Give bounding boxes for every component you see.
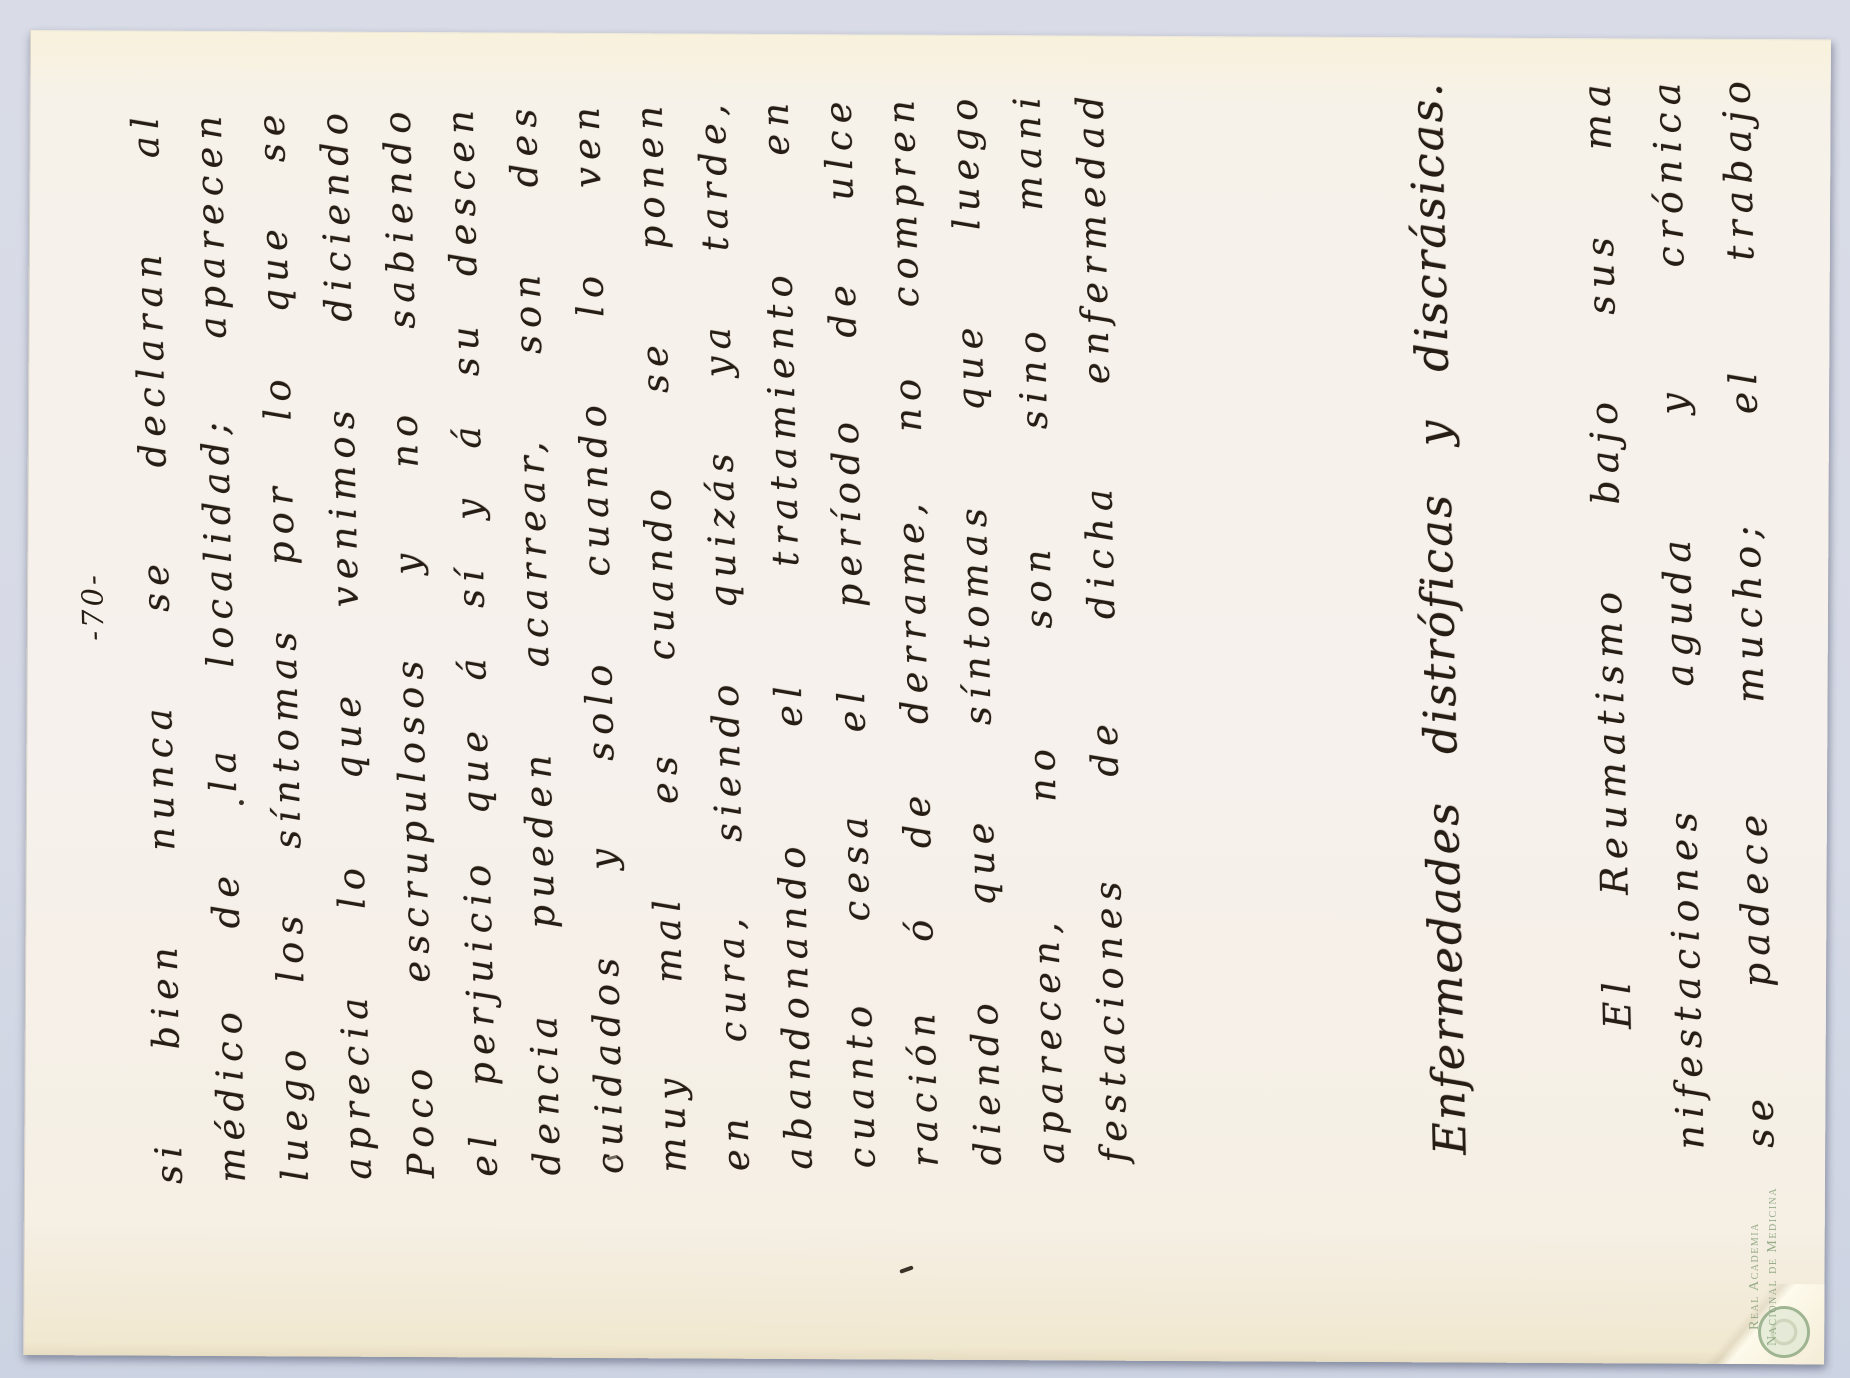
manuscript-page: -70- si bien nunca se declaran al médico… <box>23 30 1831 1364</box>
archive-watermark-line: Nacional de Medicina <box>1764 1150 1782 1346</box>
ink-speck <box>899 1265 914 1273</box>
archive-watermark-line: Real Academia <box>1746 1150 1764 1346</box>
section-heading: Enfermedades distróficas y discrásicas. <box>1383 80 1493 1156</box>
scanned-manuscript-photo: { "page": { "number_label": "-70-", "bod… <box>0 0 1850 1378</box>
handwritten-text-layer: -70- si bien nunca se declaran al médico… <box>51 71 1850 1186</box>
paragraph: El Reumatismo bajo sus ma nifestaciones … <box>1561 73 1795 1151</box>
ink-speck <box>239 800 244 805</box>
archive-watermark: Real Academia Nacional de Medicina <box>1746 1150 1782 1346</box>
